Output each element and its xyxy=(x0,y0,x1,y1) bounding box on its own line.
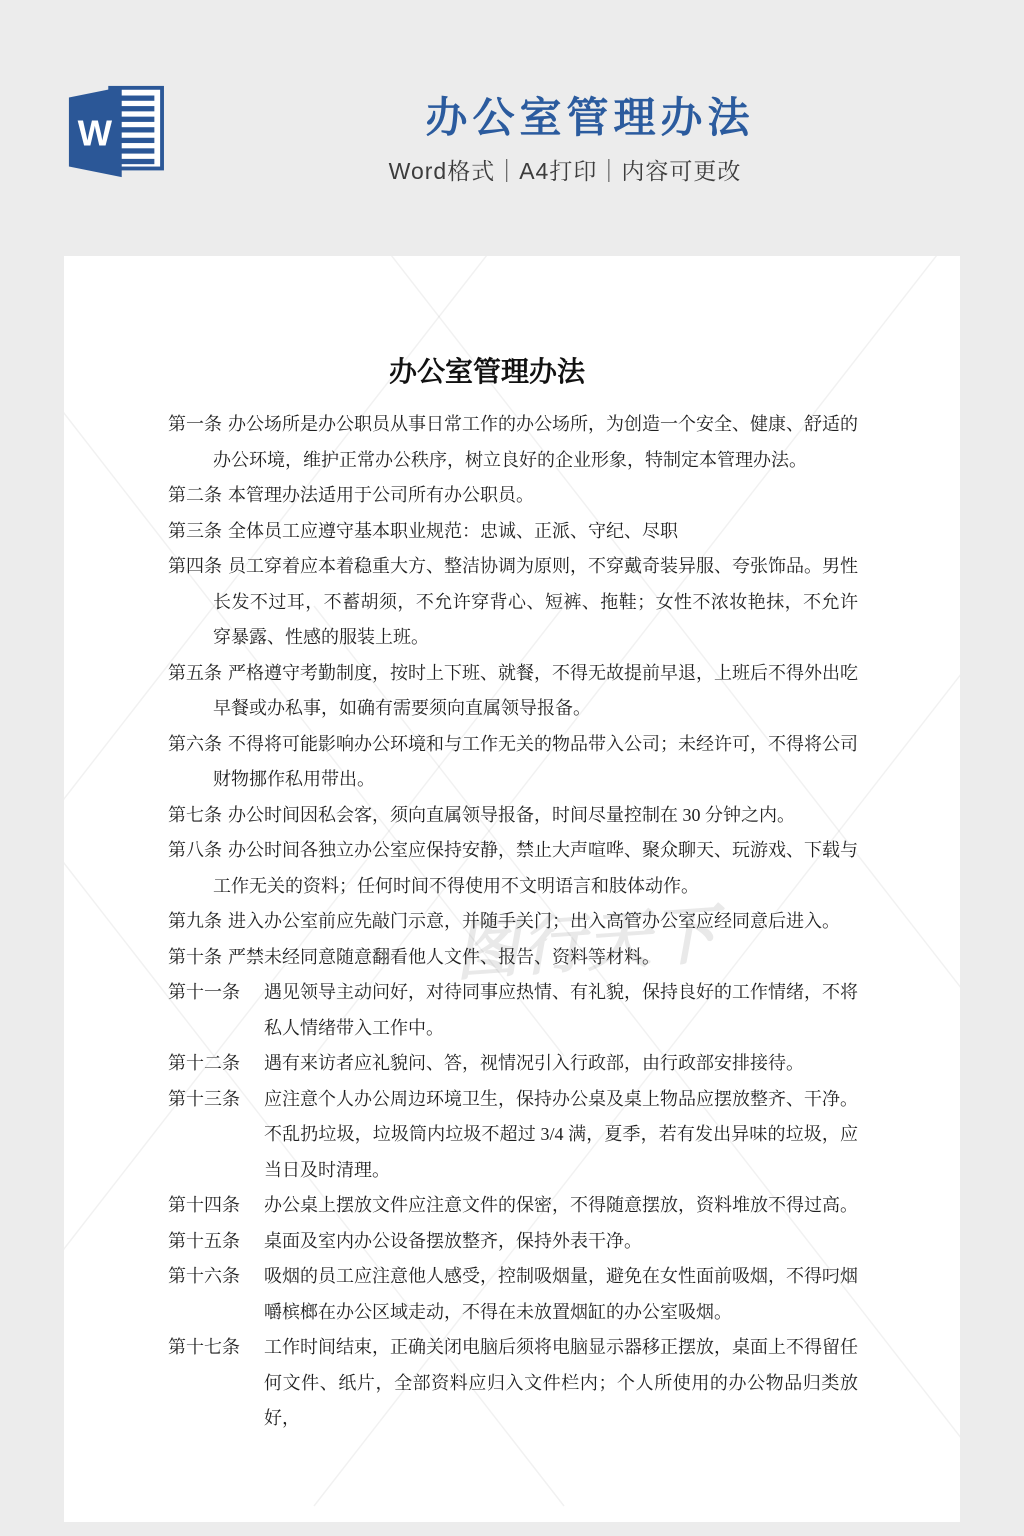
article-label: 第八条 xyxy=(168,840,222,860)
article: 第十六条吸烟的员工应注意他人感受，控制吸烟量，避免在女性面前吸烟，不得叼烟嚼槟榔… xyxy=(168,1259,858,1330)
article: 第五条严格遵守考勤制度，按时上下班、就餐，不得无故提前早退，上班后不得外出吃早餐… xyxy=(168,656,858,727)
article: 第十二条遇有来访者应礼貌问、答，视情况引入行政部，由行政部安排接待。 xyxy=(168,1046,858,1082)
word-icon-letter: W xyxy=(78,112,113,153)
article: 第四条员工穿着应本着稳重大方、整洁协调为原则，不穿戴奇装异服、夸张饰品。男性长发… xyxy=(168,549,858,656)
article: 第十七条工作时间结束，正确关闭电脑后须将电脑显示器移正摆放，桌面上不得留任何文件… xyxy=(168,1330,858,1437)
article: 第一条办公场所是办公职员从事日常工作的办公场所，为创造一个安全、健康、舒适的办公… xyxy=(168,407,858,478)
article: 第十一条遇见领导主动问好，对待同事应热情、有礼貌，保持良好的工作情绪，不将私人情… xyxy=(168,975,858,1046)
article-text: 桌面及室内办公设备摆放整齐，保持外表干净。 xyxy=(264,1231,642,1251)
article: 第七条办公时间因私会客，须向直属领导报备，时间尽量控制在 30 分钟之内。 xyxy=(168,798,858,834)
article: 第十条严禁未经同意随意翻看他人文件、报告、资料等材料。 xyxy=(168,940,858,976)
article-text: 应注意个人办公周边环境卫生，保持办公桌及桌上物品应摆放整齐、干净。不乱扔垃圾，垃… xyxy=(264,1089,858,1180)
article-text: 办公桌上摆放文件应注意文件的保密，不得随意摆放，资料堆放不得过高。 xyxy=(264,1195,858,1215)
template-header: W 办公室管理办法 Word格式｜A4打印｜内容可更改 xyxy=(0,0,1024,256)
document-title: 办公室管理办法 xyxy=(142,356,832,388)
article-label: 第二条 xyxy=(168,485,222,505)
article: 第三条全体员工应遵守基本职业规范：忠诚、正派、守纪、尽职 xyxy=(168,514,858,550)
article-text: 吸烟的员工应注意他人感受，控制吸烟量，避免在女性面前吸烟，不得叼烟嚼槟榔在办公区… xyxy=(264,1266,858,1322)
article-label: 第一条 xyxy=(168,414,222,434)
word-icon: W xyxy=(62,84,168,180)
article-label: 第十七条 xyxy=(168,1330,264,1366)
article-text: 工作时间结束，正确关闭电脑后须将电脑显示器移正摆放，桌面上不得留任何文件、纸片，… xyxy=(264,1337,858,1428)
article-label: 第九条 xyxy=(168,911,222,931)
article-label: 第十三条 xyxy=(168,1082,264,1118)
article-text: 办公时间因私会客，须向直属领导报备，时间尽量控制在 30 分钟之内。 xyxy=(228,805,795,825)
article-text: 办公场所是办公职员从事日常工作的办公场所，为创造一个安全、健康、舒适的办公环境，… xyxy=(213,414,858,470)
document-page: 图行天下 办公室管理办法 第一条办公场所是办公职员从事日常工作的办公场所，为创造… xyxy=(64,256,960,1522)
article: 第二条本管理办法适用于公司所有办公职员。 xyxy=(168,478,858,514)
article-text: 遇见领导主动问好，对待同事应热情、有礼貌，保持良好的工作情绪，不将私人情绪带入工… xyxy=(264,982,858,1038)
article: 第十三条应注意个人办公周边环境卫生，保持办公桌及桌上物品应摆放整齐、干净。不乱扔… xyxy=(168,1082,858,1189)
article: 第十四条办公桌上摆放文件应注意文件的保密，不得随意摆放，资料堆放不得过高。 xyxy=(168,1188,858,1224)
article-label: 第十二条 xyxy=(168,1046,264,1082)
article-label: 第十四条 xyxy=(168,1188,264,1224)
article-text: 进入办公室前应先敲门示意，并随手关门；出入高管办公室应经同意后进入。 xyxy=(228,911,840,931)
article-label: 第十五条 xyxy=(168,1224,264,1260)
article-label: 第五条 xyxy=(168,663,222,683)
article-label: 第十一条 xyxy=(168,975,264,1011)
article-text: 全体员工应遵守基本职业规范：忠诚、正派、守纪、尽职 xyxy=(228,521,678,541)
template-title: 办公室管理办法 xyxy=(390,94,790,142)
article-label: 第十六条 xyxy=(168,1259,264,1295)
article-text: 本管理办法适用于公司所有办公职员。 xyxy=(228,485,534,505)
article: 第十五条桌面及室内办公设备摆放整齐，保持外表干净。 xyxy=(168,1224,858,1260)
article-label: 第七条 xyxy=(168,805,222,825)
template-subtitle: Word格式｜A4打印｜内容可更改 xyxy=(365,154,765,188)
article-text: 遇有来访者应礼貌问、答，视情况引入行政部，由行政部安排接待。 xyxy=(264,1053,804,1073)
article-label: 第三条 xyxy=(168,521,222,541)
article: 第九条进入办公室前应先敲门示意，并随手关门；出入高管办公室应经同意后进入。 xyxy=(168,904,858,940)
article-text: 员工穿着应本着稳重大方、整洁协调为原则，不穿戴奇装异服、夸张饰品。男性长发不过耳… xyxy=(213,556,858,647)
app-background: { "header": { "title": "办公室管理办法", "subti… xyxy=(0,0,1024,1536)
article-label: 第六条 xyxy=(168,734,222,754)
article-text: 严格遵守考勤制度，按时上下班、就餐，不得无故提前早退，上班后不得外出吃早餐或办私… xyxy=(213,663,858,719)
document-body: 办公室管理办法 第一条办公场所是办公职员从事日常工作的办公场所，为创造一个安全、… xyxy=(168,356,858,1437)
article: 第八条办公时间各独立办公室应保持安静，禁止大声喧哗、聚众聊天、玩游戏、下载与工作… xyxy=(168,833,858,904)
article: 第六条不得将可能影响办公环境和与工作无关的物品带入公司；未经许可，不得将公司财物… xyxy=(168,727,858,798)
article-label: 第四条 xyxy=(168,556,222,576)
article-text: 严禁未经同意随意翻看他人文件、报告、资料等材料。 xyxy=(228,947,660,967)
article-text: 办公时间各独立办公室应保持安静，禁止大声喧哗、聚众聊天、玩游戏、下载与工作无关的… xyxy=(213,840,858,896)
article-text: 不得将可能影响办公环境和与工作无关的物品带入公司；未经许可，不得将公司财物挪作私… xyxy=(213,734,858,790)
article-label: 第十条 xyxy=(168,947,222,967)
